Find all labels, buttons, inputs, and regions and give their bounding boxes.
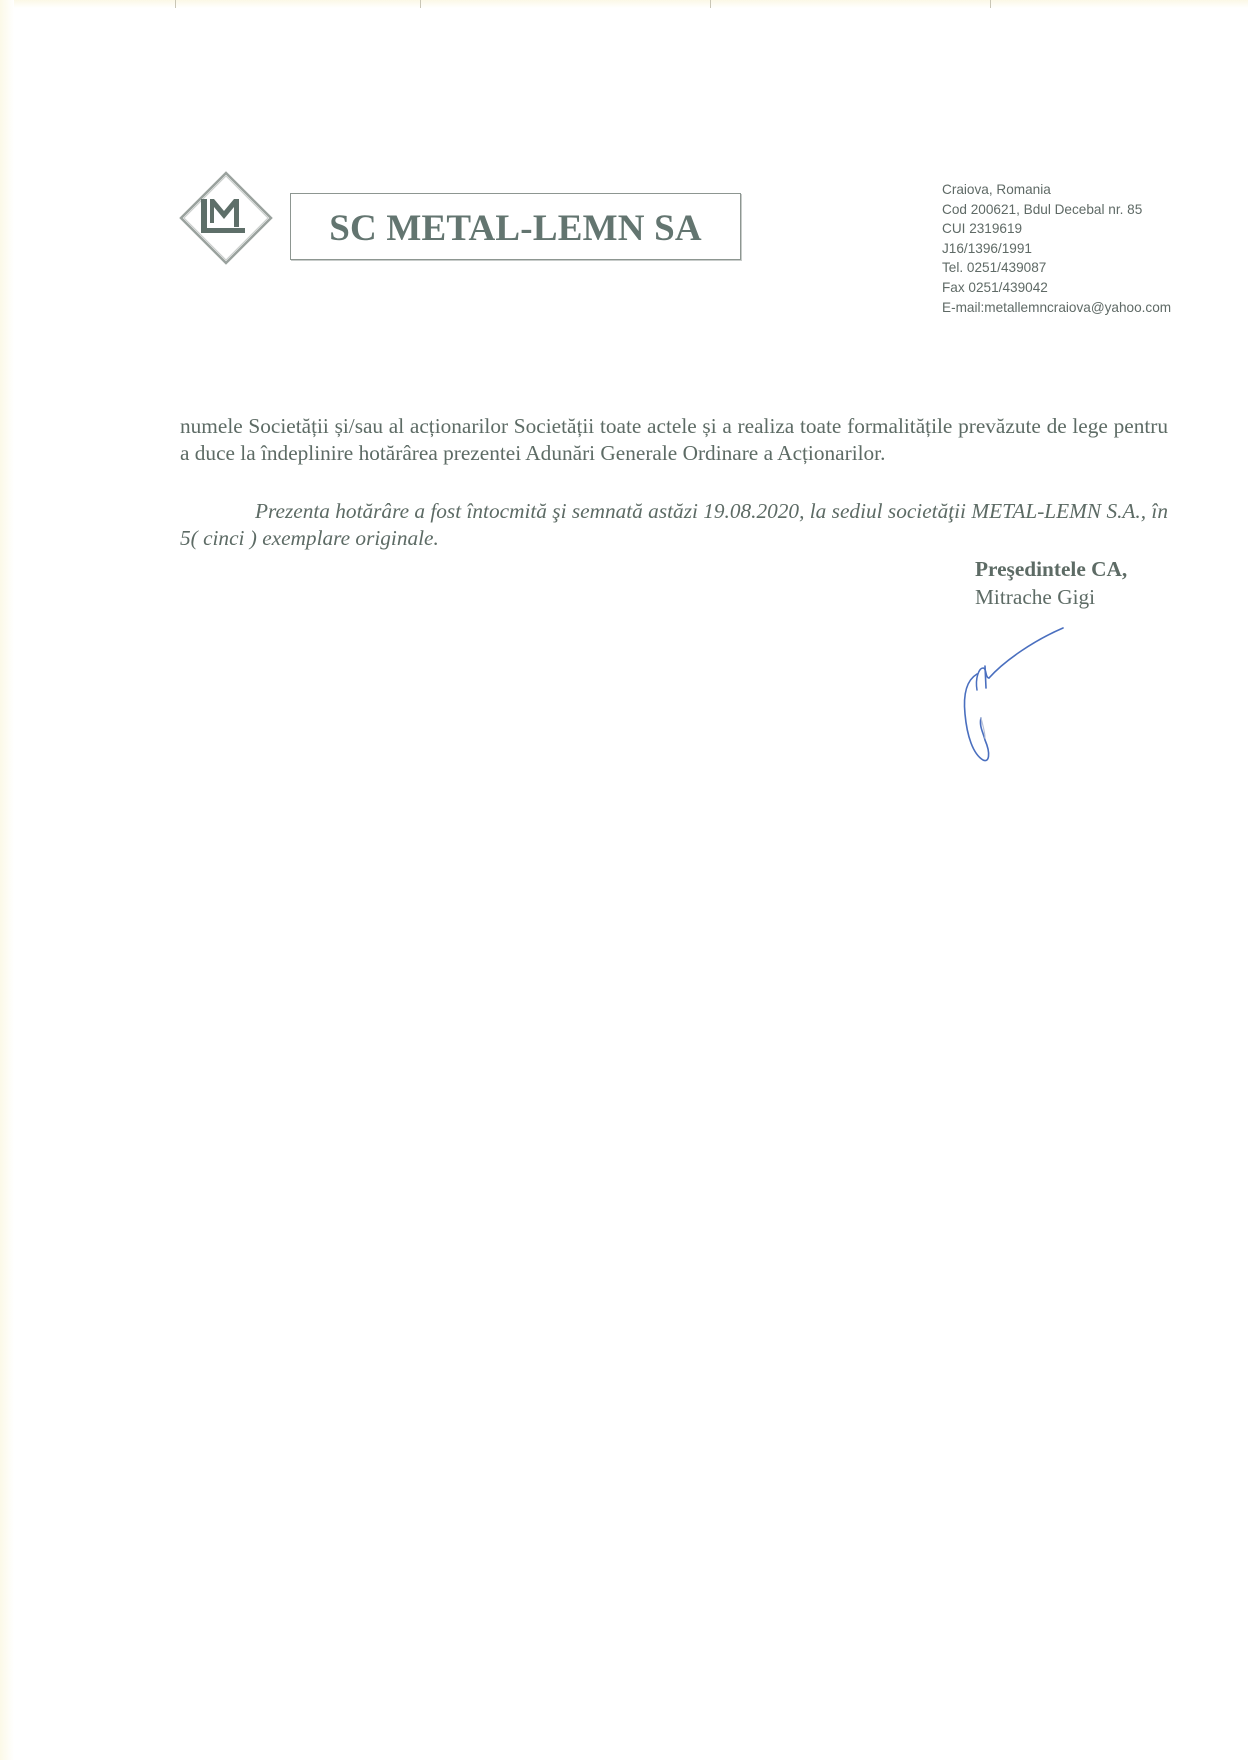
company-name: SC METAL-LEMN SA	[329, 203, 702, 250]
contact-fax: Fax 0251/439042	[942, 278, 1171, 298]
signatory-name: Mitrache Gigi	[975, 583, 1127, 611]
scan-mark	[420, 0, 421, 8]
contact-cui: CUI 2319619	[942, 219, 1171, 239]
contact-address: Cod 200621, Bdul Decebal nr. 85	[942, 200, 1171, 220]
handwritten-signature-icon	[955, 622, 1075, 767]
contact-registry: J16/1396/1991	[942, 239, 1171, 259]
scan-edge-top	[0, 0, 1248, 8]
body-paragraph-1: numele Societății și/sau al acționarilor…	[180, 413, 1168, 467]
scan-edge-left	[0, 0, 14, 1760]
signatory-title: Preşedintele CA,	[975, 555, 1127, 583]
company-logo-icon	[179, 171, 273, 265]
body-paragraph-2: Prezenta hotărâre a fost întocmită şi se…	[180, 498, 1168, 552]
contact-phone: Tel. 0251/439087	[942, 258, 1171, 278]
scan-mark	[990, 0, 991, 8]
contact-city: Craiova, Romania	[942, 180, 1171, 200]
scan-mark	[175, 0, 176, 8]
company-name-box: SC METAL-LEMN SA	[290, 193, 741, 260]
contact-block: Craiova, Romania Cod 200621, Bdul Deceba…	[942, 180, 1171, 317]
contact-email: E-mail:metallemncraiova@yahoo.com	[942, 298, 1171, 318]
scan-mark	[710, 0, 711, 8]
signatory-block: Preşedintele CA, Mitrache Gigi	[975, 555, 1127, 611]
